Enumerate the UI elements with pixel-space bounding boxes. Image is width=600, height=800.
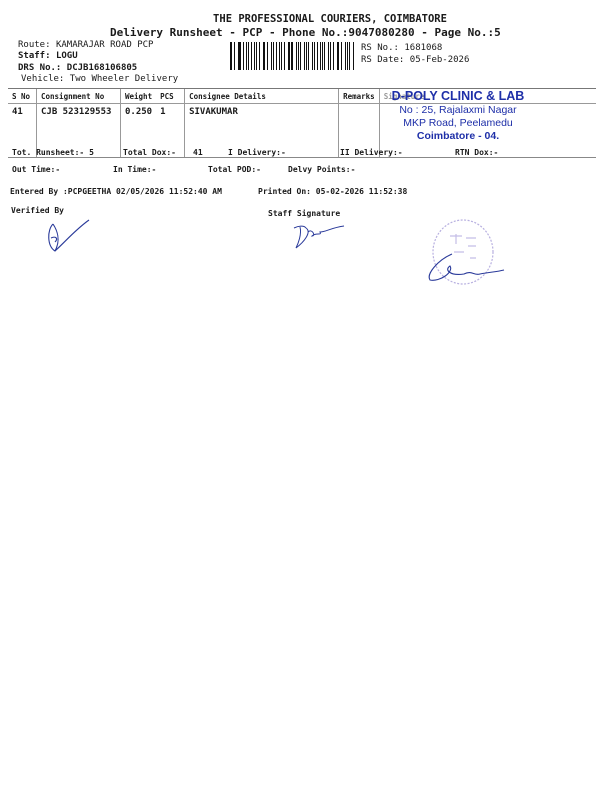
drs-value: DCJB168106805 xyxy=(67,63,137,73)
rs-date-value: 05-Feb-2026 xyxy=(410,55,470,65)
staff-signature-icon xyxy=(292,222,352,256)
printed-on: Printed On: 05-02-2026 11:52:38 xyxy=(258,187,407,196)
stamp-address-line3: Coimbatore - 04. xyxy=(388,130,528,142)
barcode-bar xyxy=(256,42,257,70)
barcode-bar xyxy=(296,42,297,70)
col-pcs: PCS xyxy=(156,89,185,104)
total-pod: Total POD:- xyxy=(208,165,261,174)
barcode xyxy=(230,42,355,70)
barcode-bar xyxy=(279,42,280,70)
i-delivery: I Delivery:- xyxy=(228,148,286,157)
barcode-bar xyxy=(338,42,339,70)
barcode-bar xyxy=(317,42,318,70)
runsheet-subtitle: Delivery Runsheet - PCP - Phone No.:9047… xyxy=(110,26,501,39)
staff-field: Staff: LOGU xyxy=(18,51,78,61)
barcode-bar xyxy=(239,42,240,70)
barcode-bar xyxy=(304,42,305,70)
barcode-bar xyxy=(264,42,265,70)
staff-value: LOGU xyxy=(56,51,78,61)
barcode-bar xyxy=(349,42,350,70)
vehicle-value: Two Wheeler Delivery xyxy=(70,74,178,84)
rtn-dox: RTN Dox:- xyxy=(455,148,498,157)
barcode-bar xyxy=(284,42,285,70)
barcode-bar xyxy=(254,42,255,70)
round-stamp-signature-icon xyxy=(420,218,510,297)
barcode-bar xyxy=(246,42,247,70)
rs-no-field: RS No.: 1681068 xyxy=(361,43,442,53)
route-value: KAMARAJAR ROAD PCP xyxy=(56,40,154,50)
total-dox-label: Total Dox:- xyxy=(123,148,176,157)
rs-no-label: RS No.: xyxy=(361,43,399,53)
barcode-bar xyxy=(312,42,313,70)
route-label: Route: xyxy=(18,40,51,50)
ii-delivery: II Delivery:- xyxy=(340,148,403,157)
tot-runsheet: Tot. Runsheet:- 5 xyxy=(12,148,94,157)
entered-by: Entered By :PCPGEETHA 02/05/2026 11:52:4… xyxy=(10,187,222,196)
company-title: THE PROFESSIONAL COURIERS, COIMBATORE xyxy=(0,13,600,25)
verified-signature-icon xyxy=(45,220,95,259)
rs-no-value: 1681068 xyxy=(404,43,442,53)
col-sno: S No xyxy=(8,89,37,104)
col-weight: Weight xyxy=(121,89,157,104)
staff-signature-label: Staff Signature xyxy=(268,209,340,218)
col-consignment: Consignment No xyxy=(37,89,121,104)
stamp-address-line1: No : 25, Rajalaxmi Nagar xyxy=(388,104,528,116)
drs-label: DRS No.: xyxy=(18,63,61,73)
col-remarks: Remarks xyxy=(339,89,380,104)
staff-label: Staff: xyxy=(18,51,51,61)
barcode-bar xyxy=(231,42,232,70)
barcode-bar xyxy=(291,42,292,70)
vehicle-label: Vehicle: xyxy=(21,74,64,84)
barcode-bar xyxy=(324,42,325,70)
stamp-clinic-name: D-POLY CLINIC & LAB xyxy=(388,89,528,103)
total-dox-value: 41 xyxy=(193,148,203,157)
rs-date-field: RS Date: 05-Feb-2026 xyxy=(361,55,469,65)
in-time: In Time:- xyxy=(113,165,156,174)
barcode-bar xyxy=(271,42,272,70)
vehicle-field: Vehicle: Two Wheeler Delivery xyxy=(21,74,178,84)
route-field: Route: KAMARAJAR ROAD PCP xyxy=(18,40,153,50)
rs-date-label: RS Date: xyxy=(361,55,404,65)
col-consignee: Consignee Details xyxy=(185,89,339,104)
barcode-bar xyxy=(330,42,331,70)
delvy-points: Delvy Points:- xyxy=(288,165,355,174)
verified-by-label: Verified By xyxy=(11,206,64,215)
out-time: Out Time:- xyxy=(12,165,60,174)
stamp-address-line2: MKP Road, Peelamedu xyxy=(388,117,528,129)
drs-field: DRS No.: DCJB168106805 xyxy=(18,63,137,73)
barcode-bar xyxy=(341,42,342,70)
